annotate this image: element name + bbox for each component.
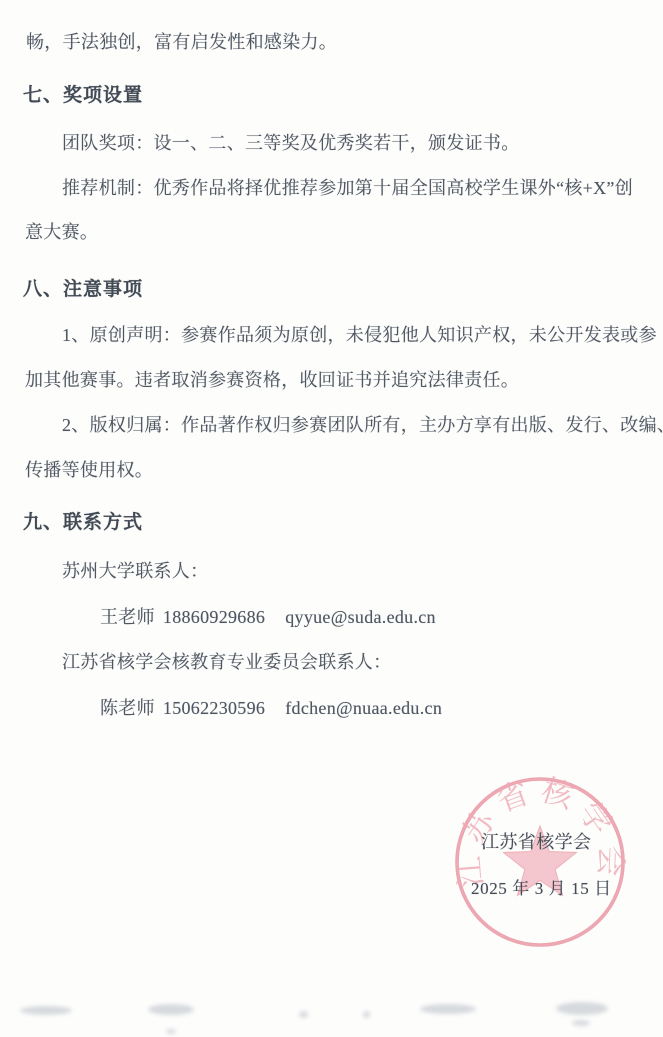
section8-paragraph2-line1: 2、版权归属：作品著作权归参赛团队所有，主办方享有出版、发行、改编、 <box>62 414 663 436</box>
section7-paragraph2-line2: 意大赛。 <box>25 221 98 243</box>
signature-organization: 江苏省核学会 <box>481 828 591 854</box>
section8-paragraph2-line2: 传播等使用权。 <box>25 459 153 481</box>
contact2-person: 陈老师 <box>100 698 155 718</box>
contact2-email: fdchen@nuaa.edu.cn <box>285 698 442 718</box>
scan-smudge <box>299 1011 308 1018</box>
contact1-phone: 18860929686 <box>163 607 265 627</box>
section8-heading: 八、注意事项 <box>23 279 143 301</box>
contact1-person: 王老师 <box>100 607 155 627</box>
contact1-details: 王老师18860929686qyyue@suda.edu.cn <box>100 606 436 628</box>
section7-paragraph2-line1: 推荐机制：优秀作品将择优推荐参加第十届全国高校学生课外“核+X”创 <box>62 177 633 199</box>
scan-smudge <box>556 1002 608 1015</box>
section8-paragraph1-line1: 1、原创声明：参赛作品须为原创，未侵犯他人知识产权，未公开发表或参 <box>62 324 657 346</box>
section8-paragraph1-line2: 加其他赛事。违者取消参赛资格，收回证书并追究法律责任。 <box>25 369 519 391</box>
official-seal-stamp: 江苏省核学会 <box>452 774 628 950</box>
scan-smudge <box>572 1020 590 1026</box>
scan-smudge <box>148 1004 194 1015</box>
paragraph-continuation: 畅，手法独创，富有启发性和感染力。 <box>26 31 337 53</box>
contact1-label: 苏州大学联系人： <box>62 560 208 582</box>
section7-heading: 七、奖项设置 <box>23 85 143 107</box>
section7-paragraph1: 团队奖项：设一、二、三等奖及优秀奖若干，颁发证书。 <box>62 132 520 154</box>
signature-date: 2025 年 3 月 15 日 <box>471 874 612 899</box>
contact2-phone: 15062230596 <box>163 698 265 718</box>
scan-smudge <box>363 1011 370 1018</box>
scan-smudge <box>420 1004 476 1014</box>
contact2-details: 陈老师15062230596fdchen@nuaa.edu.cn <box>100 697 442 719</box>
document-page: 畅，手法独创，富有启发性和感染力。 七、奖项设置 团队奖项：设一、二、三等奖及优… <box>0 0 663 1037</box>
scan-smudge <box>20 1006 72 1015</box>
section9-heading: 九、联系方式 <box>23 512 143 534</box>
scan-smudge <box>166 1029 176 1034</box>
contact1-email: qyyue@suda.edu.cn <box>285 607 436 627</box>
contact2-label: 江苏省核学会核教育专业委员会联系人： <box>62 651 391 673</box>
seal-icon: 江苏省核学会 <box>452 774 628 950</box>
